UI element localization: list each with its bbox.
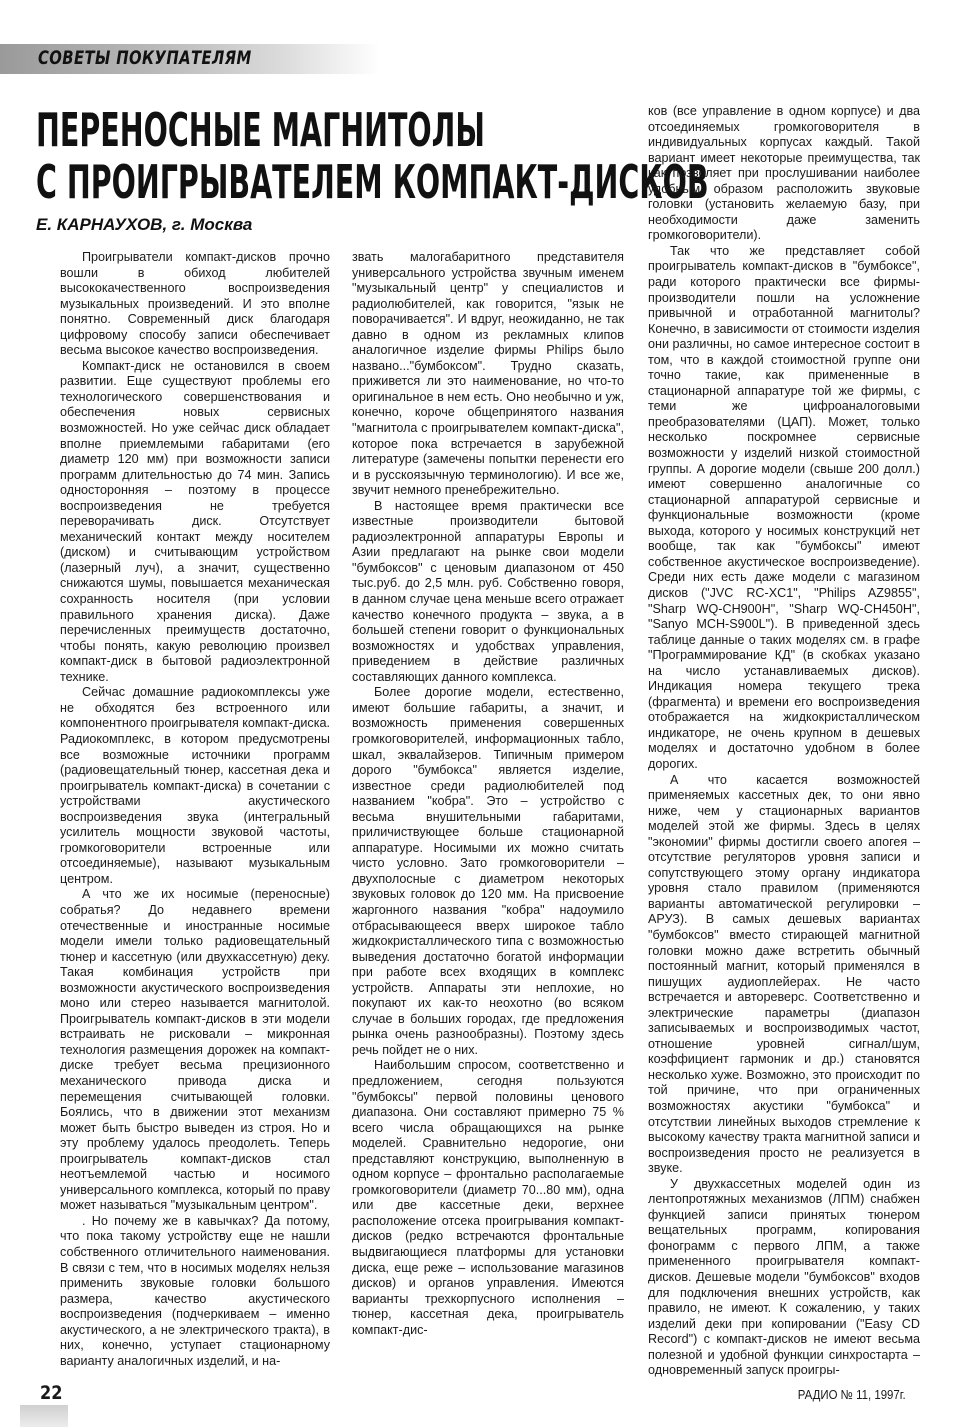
paragraph-continued: ков (все управление в одном корпусе) и д… <box>648 104 920 244</box>
title-line-1: ПЕРЕНОСНЫЕ МАГНИТОЛЫ <box>36 104 709 156</box>
title-line-2: С ПРОИГРЫВАТЕЛЕМ КОМПАКТ-ДИСКОВ <box>36 156 709 208</box>
paragraph: Проигрыватели компакт-дисков прочно вошл… <box>60 250 330 359</box>
text-column-2: звать малогабаритного представителя унив… <box>352 250 624 1342</box>
paragraph: А что же их носимые (переносные) собрать… <box>60 887 330 1213</box>
text-column-3: ков (все управление в одном корпусе) и д… <box>648 104 920 1342</box>
paragraph: . Но почему же в кавычках? Да потому, чт… <box>60 1214 330 1369</box>
paragraph: У двухкассетных моделей один из лентопро… <box>648 1177 920 1379</box>
paragraph-continued: звать малогабаритного представителя унив… <box>352 250 624 499</box>
section-rubric: СОВЕТЫ ПОКУПАТЕЛЯМ <box>38 47 252 69</box>
paragraph: Так что же представляет собой проигрыват… <box>648 244 920 773</box>
paragraph: Компакт-диск не остановился в своем разв… <box>60 359 330 685</box>
issue-info: РАДИО № 11, 1997г. <box>798 1387 906 1402</box>
page-number-strip <box>20 1405 68 1427</box>
page-number: 22 <box>40 1382 62 1404</box>
paragraph: Наибольшим спросом, соответственно и пре… <box>352 1058 624 1338</box>
paragraph: В настоящее время практически все извест… <box>352 499 624 686</box>
article-title: ПЕРЕНОСНЫЕ МАГНИТОЛЫ С ПРОИГРЫВАТЕЛЕМ КО… <box>36 104 709 208</box>
article-author: Е. КАРНАУХОВ, г. Москва <box>36 215 252 235</box>
paragraph: Более дорогие модели, естественно, имеют… <box>352 685 624 1058</box>
paragraph: Сейчас домашние радиокомплексы уже не об… <box>60 685 330 887</box>
paragraph: А что касается возможностей применяемых … <box>648 773 920 1177</box>
text-column-1: Проигрыватели компакт-дисков прочно вошл… <box>60 250 330 1342</box>
section-rubric-banner: СОВЕТЫ ПОКУПАТЕЛЯМ <box>0 44 380 74</box>
